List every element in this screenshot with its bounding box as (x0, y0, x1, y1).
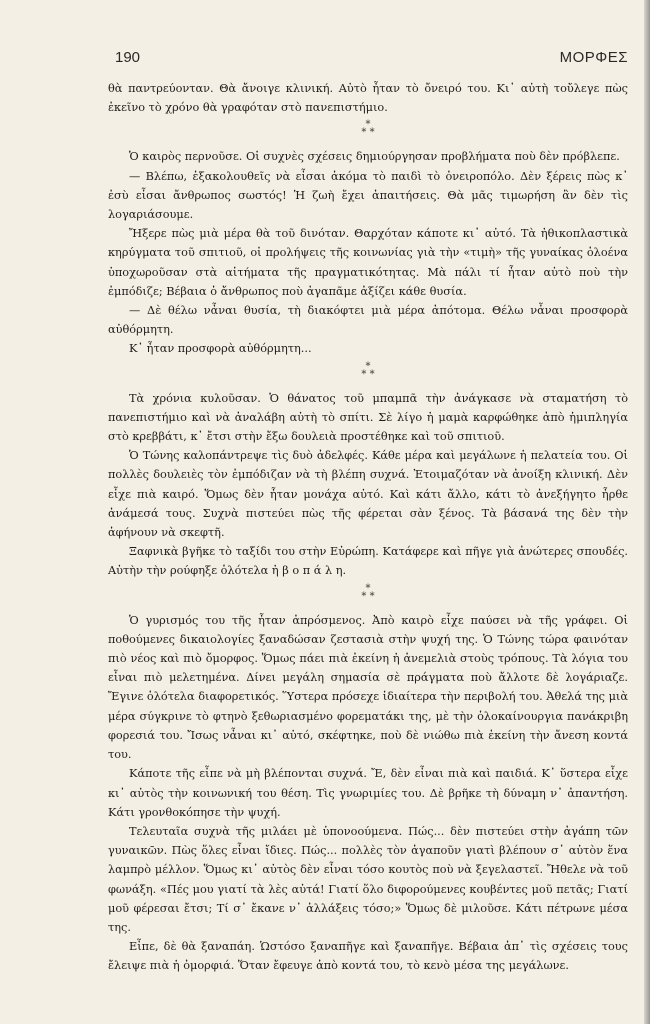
paragraph: Ξαφνικὰ βγῆκε τὸ ταξίδι του στὴν Εὐρώπη.… (108, 542, 628, 580)
paragraph: — Βλέπω, ἐξακολουθεῖς νὰ εἶσαι ἀκόμα τὸ … (108, 167, 628, 225)
page-header: 190 ΜΟΡΦΕΣ (108, 49, 628, 69)
paragraph: Κάποτε τῆς εἶπε νὰ μὴ βλέπονται συχνά. Ἔ… (108, 764, 628, 822)
paragraph: Ἤξερε πὼς μιὰ μέρα θὰ τοῦ δινόταν. Θαρχό… (108, 224, 628, 301)
paragraph: Ὁ Τώνης καλοπάντρεψε τὶς δυὸ ἀδελφές. Κά… (108, 446, 628, 542)
section-separator: * * * (108, 359, 628, 389)
page-number: 190 (115, 49, 140, 66)
paragraph: Κ᾽ ἦταν προσφορὰ αὐθόρμητη... (108, 339, 628, 358)
section-separator: * * * (108, 581, 628, 611)
paragraph: Τελευταῖα συχνὰ τῆς μιλάει μὲ ὑπονοούμεν… (108, 822, 628, 937)
paragraph: Τὰ χρόνια κυλοῦσαν. Ὁ θάνατος τοῦ μπαμπᾶ… (108, 389, 628, 447)
page-edge-shadow (644, 0, 650, 1024)
running-title: ΜΟΡΦΕΣ (560, 49, 628, 66)
paragraph: Ὁ γυρισμός του τῆς ἦταν ἀπρόσμενος. Ἀπὸ … (108, 611, 628, 765)
paragraph: Ὁ καιρὸς περνοῦσε. Οἱ συχνὲς σχέσεις δημ… (108, 147, 628, 166)
section-separator: * * * (108, 117, 628, 147)
asterism: * * * (361, 363, 374, 379)
body-text: θὰ παντρεύονταν. Θὰ ἄνοιγε κλινική. Αὐτὸ… (108, 79, 628, 976)
asterism: * * * (361, 585, 374, 601)
asterism: * * * (361, 121, 374, 137)
paragraph: Εἶπε, δὲ θὰ ξαναπάη. Ὡστόσο ξαναπῆγε καὶ… (108, 937, 628, 975)
paragraph: θὰ παντρεύονταν. Θὰ ἄνοιγε κλινική. Αὐτὸ… (108, 79, 628, 117)
paragraph: — Δὲ θέλω νἆναι θυσία, τὴ διακόφτει μιὰ … (108, 301, 628, 339)
